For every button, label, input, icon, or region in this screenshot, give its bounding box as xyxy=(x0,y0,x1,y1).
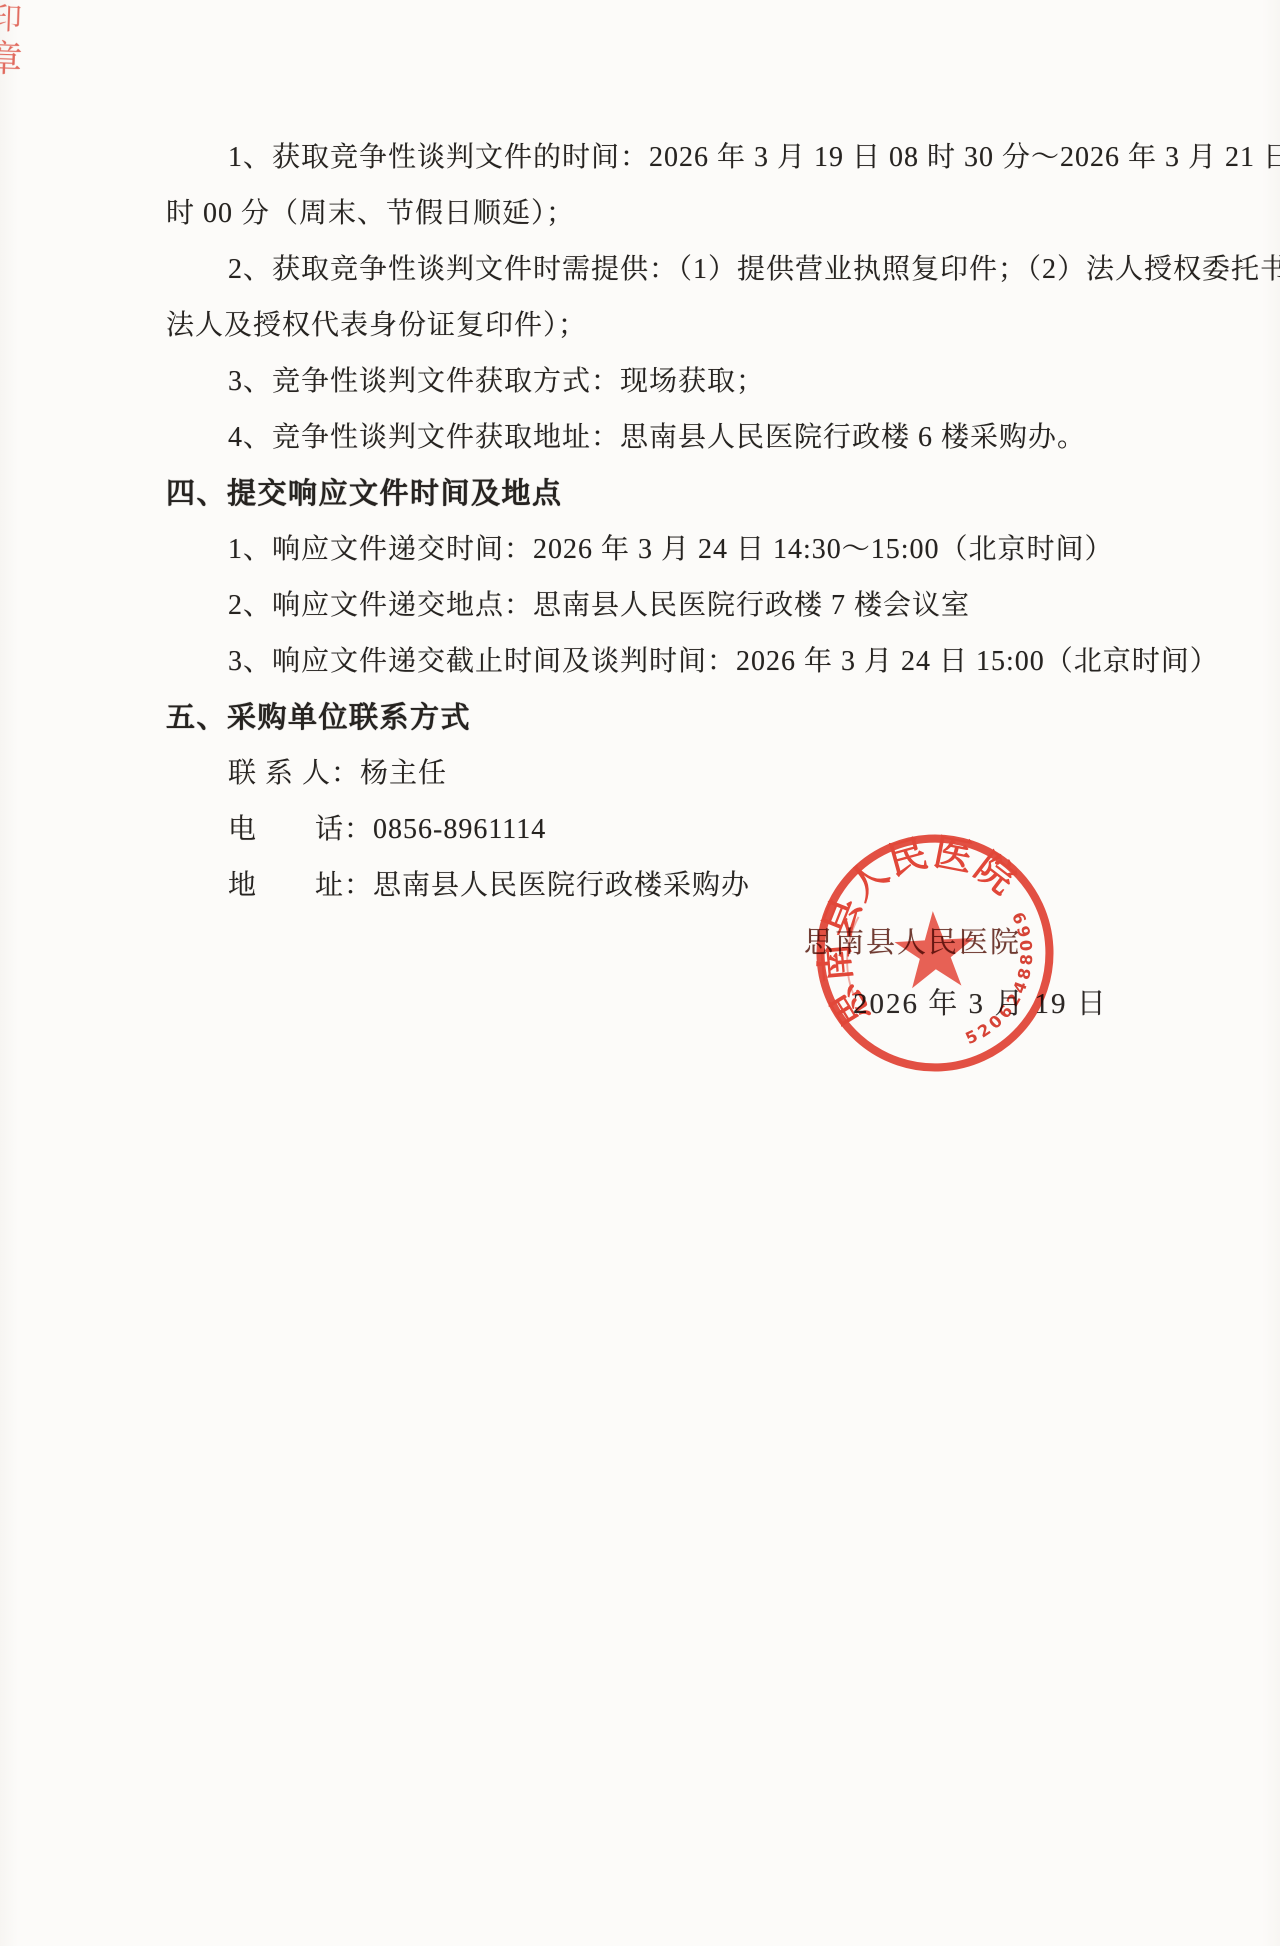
corner-stamp-glyph: 章 xyxy=(0,39,23,78)
document-line: 3、竞争性谈判文件获取方式：现场获取； xyxy=(166,364,1116,400)
document-line: 法人及授权代表身份证复印件）； xyxy=(166,308,1116,344)
seal-ring-text-container: 思南县人民医院 xyxy=(808,827,1033,1034)
document-line: 联 系 人：杨主任 xyxy=(166,756,1116,792)
section-heading: 五、采购单位联系方式 xyxy=(166,700,1116,736)
document-line: 4、竞争性谈判文件获取地址：思南县人民医院行政楼 6 楼采购办。 xyxy=(166,420,1116,456)
scanned-document-page: 印 章 1、获取竞争性谈判文件的时间：2026 年 3 月 19 日 08 时 … xyxy=(0,0,1280,1946)
document-line: 2、响应文件递交地点：思南县人民医院行政楼 7 楼会议室 xyxy=(166,588,1116,624)
document-line: 2、获取竞争性谈判文件时需提供：（1）提供营业执照复印件；（2）法人授权委托书（… xyxy=(166,252,1116,288)
seal-graphic: 思南县人民医院 5206248806906 xyxy=(805,823,1066,1084)
official-red-seal: 思南县人民医院 5206248806906 xyxy=(805,823,1066,1084)
document-body: 1、获取竞争性谈判文件的时间：2026 年 3 月 19 日 08 时 30 分… xyxy=(166,140,1116,924)
corner-stamp-glyph: 印 xyxy=(0,3,24,36)
section-heading: 四、提交响应文件时间及地点 xyxy=(166,476,1116,512)
document-line: 1、响应文件递交时间：2026 年 3 月 24 日 14:30～15:00（北… xyxy=(166,532,1116,568)
document-line: 1、获取竞争性谈判文件的时间：2026 年 3 月 19 日 08 时 30 分… xyxy=(166,140,1116,176)
seal-ring-text: 思南县人民医院 xyxy=(808,827,1033,1034)
corner-stamp-fragment: 印 章 xyxy=(0,3,24,78)
star-icon xyxy=(893,909,977,989)
document-line: 3、响应文件递交截止时间及谈判时间：2026 年 3 月 24 日 15:00（… xyxy=(166,644,1116,680)
document-line: 时 00 分（周末、节假日顺延）； xyxy=(166,196,1116,232)
